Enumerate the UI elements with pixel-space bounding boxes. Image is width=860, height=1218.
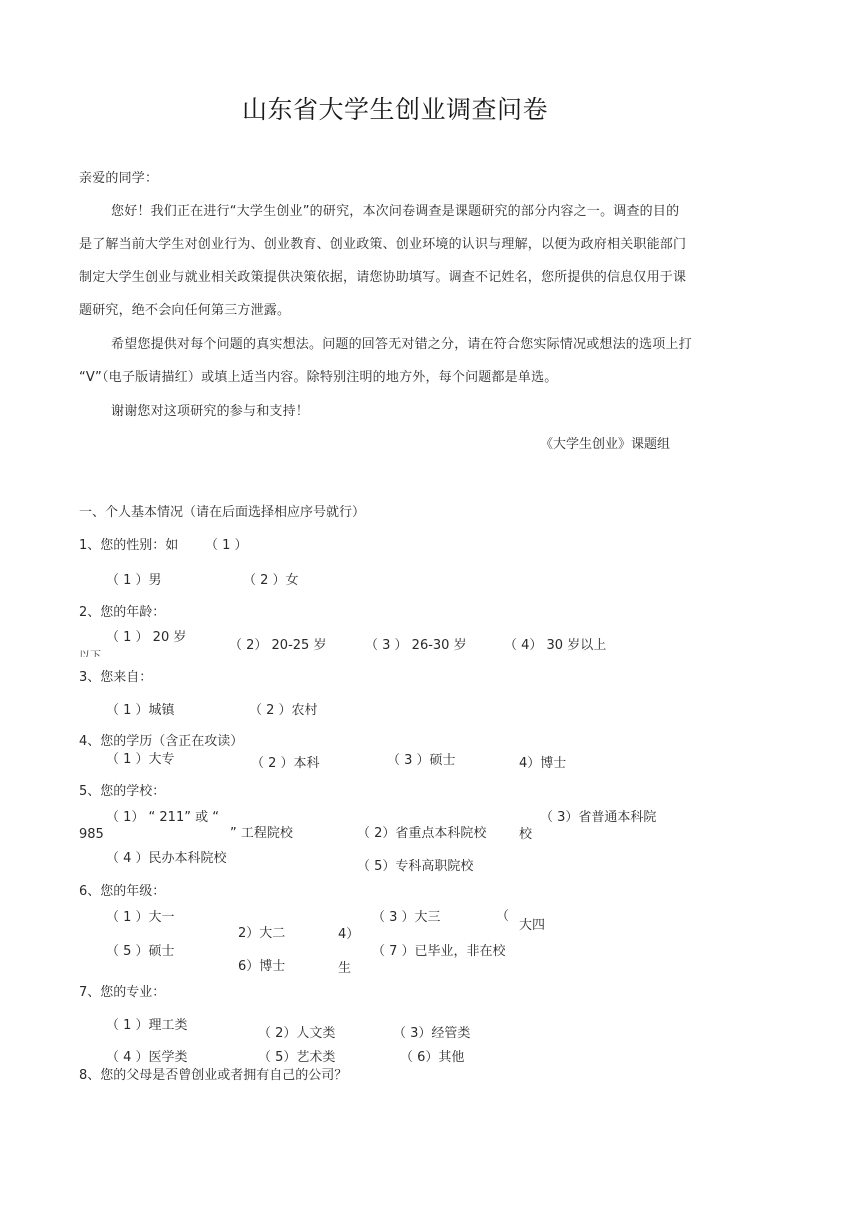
intro-line-4: 题研究，绝不会向任何第三方泄露。 <box>79 303 290 319</box>
q7-option-5[interactable]: （ 5）艺术类 <box>258 1050 335 1066</box>
instruction-line-2: “V”（电子版请描红）或填上适当内容。除特别注明的地方外，每个问题都是单选。 <box>79 370 557 386</box>
q2-option-4[interactable]: （ 4） 30 岁以上 <box>504 638 606 654</box>
q6-option-3[interactable]: （ 3 ）大三 <box>372 910 441 926</box>
q5-title: 5、您的学校： <box>79 784 165 800</box>
q6-option-4-num: 4） <box>338 927 359 943</box>
q6-option-4-paren: （ <box>496 909 509 925</box>
q1-option-2[interactable]: （ 2 ）女 <box>243 573 299 589</box>
q6-option-7-wrap: 生 <box>338 961 351 977</box>
q5-option-4[interactable]: （ 4 ）民办本科院校 <box>106 851 227 867</box>
page-title: 山东省大学生创业调查问卷 <box>0 94 790 126</box>
q6-option-1[interactable]: （ 1 ）大一 <box>106 910 175 926</box>
intro-line-3: 制定大学生创业与就业相关政策提供决策依据，请您协助填写。调查不记姓名，您所提供的… <box>79 270 686 286</box>
q6-option-5[interactable]: （ 5 ）硕士 <box>106 944 175 960</box>
q7-title: 7、您的专业： <box>79 985 165 1001</box>
q7-option-6[interactable]: （ 6）其他 <box>400 1050 464 1066</box>
q5-option-2[interactable]: （ 2）省重点本科院校 <box>357 826 486 842</box>
q7-option-1[interactable]: （ 1 ）理工类 <box>106 1018 188 1034</box>
section-1-title: 一、个人基本情况（请在后面选择相应序号就行） <box>79 505 365 521</box>
intro-line-1: 您好！我们正在进行“大学生创业”的研究，本次问卷调查是课题研究的部分内容之一。调… <box>111 204 679 220</box>
q4-option-4[interactable]: 4）博士 <box>519 756 566 772</box>
q6-option-4[interactable]: 大四 <box>519 918 545 934</box>
q5-option-1-part1[interactable]: （ 1） “ 211” 或 “ <box>106 810 219 826</box>
q5-option-3-part1[interactable]: （ 3）省普通本科院 <box>540 810 656 826</box>
q6-option-7[interactable]: （ 7 ）已毕业，非在校 <box>372 944 506 960</box>
q2-option-2[interactable]: （ 2） 20-25 岁 <box>229 638 326 654</box>
intro-line-2: 是了解当前大学生对创业行为、创业教育、创业政策、创业环境的认识与理解，以便为政府… <box>79 237 686 253</box>
thanks-line: 谢谢您对这项研究的参与和支持！ <box>111 404 309 420</box>
q2-title: 2、您的年龄： <box>79 605 165 621</box>
q7-option-4[interactable]: （ 4 ）医学类 <box>106 1050 188 1066</box>
q5-option-1-part2: 985 <box>79 827 104 843</box>
q3-title: 3、您来自： <box>79 670 152 686</box>
q3-option-2[interactable]: （ 2 ）农村 <box>249 703 318 719</box>
q5-option-1-part3: ” 工程院校 <box>230 826 293 842</box>
q1-option-1[interactable]: （ 1 ）男 <box>106 573 162 589</box>
q3-option-1[interactable]: （ 1 ）城镇 <box>106 703 175 719</box>
q4-option-3[interactable]: （ 3 ）硕士 <box>387 753 456 769</box>
q2-option-1-wrap: 以下 <box>79 650 101 657</box>
q2-option-3[interactable]: （ 3 ） 26-30 岁 <box>365 638 467 654</box>
q4-option-2[interactable]: （ 2 ）本科 <box>251 756 320 772</box>
q8-title: 8、您的父母是否曾创业或者拥有自己的公司？ <box>79 1068 347 1084</box>
signature: 《大学生创业》课题组 <box>540 437 670 453</box>
instruction-line-1: 希望您提供对每个问题的真实想法。问题的回答无对错之分，请在符合您实际情况或想法的… <box>111 337 692 353</box>
greeting: 亲爱的同学： <box>79 171 158 187</box>
q7-option-2[interactable]: （ 2）人文类 <box>258 1026 335 1042</box>
q6-option-6[interactable]: 6）博士 <box>238 959 285 975</box>
q5-option-5[interactable]: （ 5）专科高职院校 <box>357 859 473 875</box>
document-page: 山东省大学生创业调查问卷 亲爱的同学： 您好！我们正在进行“大学生创业”的研究，… <box>0 0 860 1218</box>
q4-option-1[interactable]: （ 1 ）大专 <box>106 752 175 768</box>
q5-option-3-part2: 校 <box>519 827 532 843</box>
q1-title: 1、您的性别：如 <box>79 538 178 554</box>
q2-option-1[interactable]: （ 1 ） 20 岁 <box>106 630 186 646</box>
q6-option-2[interactable]: 2）大二 <box>238 926 285 942</box>
q1-example: （ 1 ） <box>205 538 248 554</box>
q7-option-3[interactable]: （ 3）经管类 <box>393 1026 470 1042</box>
q6-title: 6、您的年级： <box>79 884 165 900</box>
q4-title: 4、您的学历（含正在攻读） <box>79 734 243 750</box>
